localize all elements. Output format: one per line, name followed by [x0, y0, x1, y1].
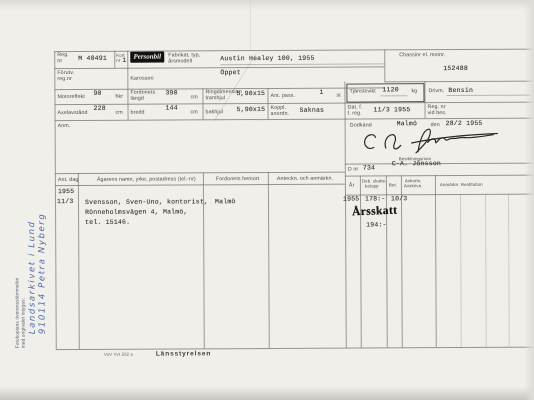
tjanstevikt-label: Tjänstevikt [349, 88, 375, 94]
langd-unit: cm [190, 94, 197, 100]
kort-nr-label-2: nr [116, 58, 120, 63]
ant-pass-unit: st [336, 93, 340, 99]
registration-form: Landsarkivet i Lund 910114 Petra Nyberg … [0, 0, 534, 400]
tjanstevikt-value: 1120 [382, 86, 398, 94]
langd-value: 390 [165, 89, 177, 97]
dat-f-reg-value: 11/3 1955 [374, 106, 411, 114]
tjanstevikt-ruled-line [380, 95, 407, 96]
tax-amount: 178:- [365, 195, 386, 203]
col-header-avk-2: Avskrivn. [404, 183, 423, 188]
owner-line-2: Rönneholmsvägen 4, Malmö, [85, 208, 188, 216]
godkand-place: Malmö [397, 120, 418, 128]
authority-name: Länsstyrelsen [156, 350, 211, 357]
forutv-label-2: reg.nr [57, 76, 71, 82]
reg-vid-bes-label-2: vid bes. [428, 110, 447, 116]
archive-handwriting-line1: Landsarkivet i Lund [27, 213, 38, 335]
col-header-anm-rest: Anmärkn. Restitution [440, 182, 483, 187]
chassi-label: Chassinr el. motnr. [399, 52, 445, 58]
arsskatt-amount: 194:- [366, 221, 387, 229]
paper-edge-right [524, 0, 534, 400]
drivmedel-ruled-line [446, 95, 530, 96]
col-header-owner: Ägarens namn, yrke, postadress (tel.-nr) [97, 176, 196, 183]
inspector-signature [357, 124, 508, 165]
tjanstevikt-unit: kg [411, 88, 417, 94]
owner-line-3: tel. 15146. [85, 219, 130, 227]
ring-label-2: framhjul [205, 95, 225, 101]
entry-date: 11/3 [57, 198, 73, 206]
besiktningsman-name: C-A. Jönsson [392, 160, 441, 168]
fabrikat-ruled-line [220, 63, 385, 65]
bredd-label: bredd [131, 110, 145, 116]
karosseri-label: Karosseri [130, 76, 153, 82]
col-header-ant-dag: Ant. dag [58, 177, 79, 183]
axelavstand-unit: cm [116, 110, 123, 116]
form-code: VoV Vvt 202 a [104, 352, 133, 357]
reg-nr-label-2: nr [57, 58, 62, 64]
reg-nr-value: M 40491 [78, 55, 107, 63]
bredd-value: 144 [165, 104, 177, 112]
copy-certification-line2: med originalet intygas: [22, 278, 29, 349]
koppl-value: Saknas [300, 107, 325, 115]
fabrikat-value: Austin Healey 100, 1955 [220, 55, 314, 63]
anm-label: Anm. [58, 123, 71, 129]
dnr-value: 734 [363, 164, 375, 172]
motoreffekt-value: 90 [93, 90, 101, 98]
copy-certification-print: Fotokopians överensstämmelse med origina… [15, 278, 28, 349]
paper-edge-bottom [0, 386, 534, 400]
ring-framhjul-value: 5,90x15 [236, 90, 265, 98]
motoreffekt-label: Motoreffekt [57, 94, 85, 100]
form-grid-lines [0, 0, 533, 1]
dnr-label: D nr [348, 167, 358, 173]
drivmedel-value: Bensin [448, 87, 473, 95]
ant-pass-value: 1 [319, 89, 323, 97]
archive-handwriting: Landsarkivet i Lund 910114 Petra Nyberg [27, 213, 48, 335]
axelavstand-label: Axelavstånd [58, 110, 88, 116]
tax-year: 1955 [343, 196, 359, 204]
hemort-value: Malmö [215, 198, 236, 206]
scanned-registration-card: Landsarkivet i Lund 910114 Petra Nyberg … [0, 0, 534, 400]
archive-handwriting-line2: 910114 Petra Nyberg [37, 213, 48, 335]
bredd-unit: cm [191, 109, 198, 115]
langd-label-2: längd [130, 96, 143, 102]
arsskatt-stamp: Årsskatt [352, 205, 398, 219]
dat-f-reg-label-2: f. reg. [348, 111, 362, 117]
chassi-value: 152488 [443, 65, 468, 73]
axelavstand-value: 228 [93, 105, 105, 113]
vehicle-class-badge: Personbil [130, 52, 164, 63]
col-header-deb-2: belopp [365, 183, 379, 188]
col-header-anteckn: Anteckn. och anmärkn. [277, 176, 333, 182]
drivmedel-label: Drivm. [428, 88, 444, 94]
entry-year: 1955 [58, 188, 74, 196]
koppl-label-2: anordn. [271, 111, 290, 117]
godkand-label: Godkänd [350, 122, 372, 128]
motoreffekt-unit: hkr [115, 94, 123, 100]
bakhjul-label: bakhjul [206, 109, 224, 115]
col-header-hemort: Fordonets hemort [216, 176, 259, 182]
fabrikat-label-2: årsmodell [168, 58, 192, 64]
owner-line-1: Svensson, Sven-Uno, kontorist, [85, 198, 208, 206]
tax-paid-date: 10/3 [391, 195, 407, 203]
karosseri-value: Öppet [220, 69, 241, 77]
ant-pass-label: Ant. pass. [270, 93, 295, 99]
kort-nr-value: 1 [122, 57, 126, 65]
bakhjul-value: 5,90x15 [237, 106, 266, 114]
col-header-bet: Bet. [389, 182, 397, 187]
col-header-ar: År [349, 183, 355, 189]
